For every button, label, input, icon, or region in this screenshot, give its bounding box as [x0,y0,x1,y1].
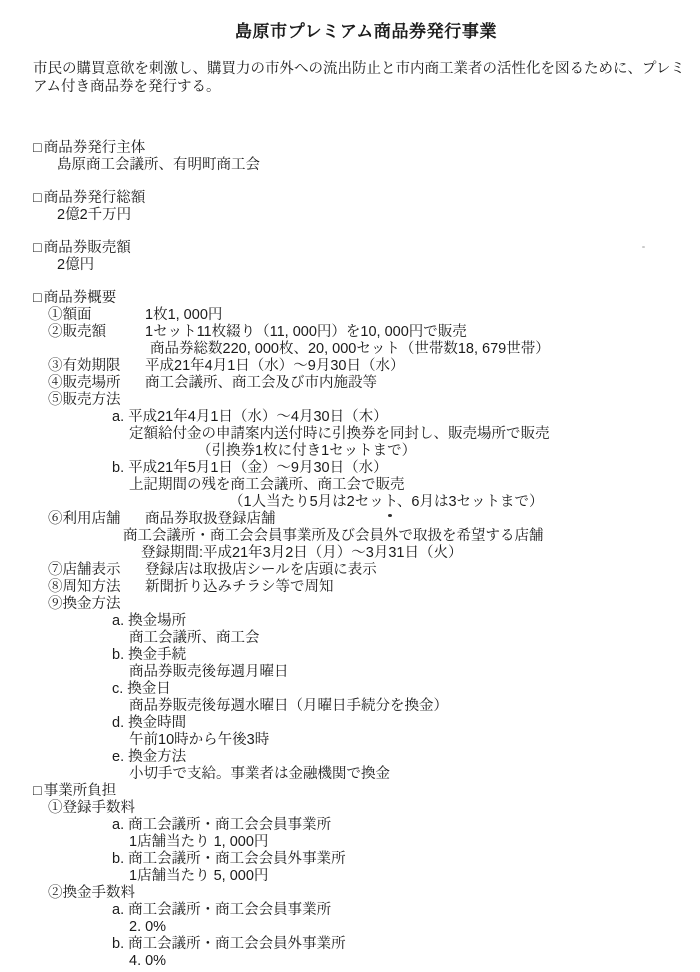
square-bullet-icon: □ [33,140,42,156]
section-5: □事業所負担①登録手数料a. 商工会議所・商工会会員事業所1店舗当たり 1, 0… [0,783,700,970]
doc-line: b. 商工会議所・商工会会員外事業所 [112,936,700,953]
doc-line: d. 換金時間 [112,715,700,732]
doc-item-row: ④販売場所商工会議所、商工会及び市内施設等 [48,375,700,392]
item-label: ②販売額 [48,324,145,341]
doc-line: 2億円 [57,257,700,274]
doc-line: 商工会議所・商工会会員事業所及び会員外で取扱を希望する店舗 [123,528,700,545]
doc-item-row: ②販売額1セット11枚綴り（11, 000円）を10, 000円で販売 [48,324,700,341]
doc-line: a. 商工会議所・商工会会員事業所 [112,817,700,834]
section-heading-text: 商品券発行総額 [44,190,146,206]
doc-line: 島原商工会議所、有明町商工会 [57,157,700,174]
doc-line: （引換券1枚に付き1セットまで） [197,443,700,460]
item-value: 登録店は取扱店シールを店頭に表示 [145,562,377,579]
doc-line: 午前10時から午後3時 [129,732,700,749]
item-value: 1枚1, 000円 [145,307,222,324]
doc-line: 2億2千万円 [57,207,700,224]
section-heading: □商品券販売額 [33,240,700,257]
doc-item-row: ①登録手数料 [48,800,700,817]
doc-item-row: ⑤販売方法 [48,392,700,409]
square-bullet-icon: □ [33,783,42,799]
section-4: □商品券概要①額面1枚1, 000円②販売額1セット11枚綴り（11, 000円… [0,290,700,783]
section-heading: □商品券概要 [33,290,700,307]
doc-line: b. 商工会議所・商工会会員外事業所 [112,851,700,868]
doc-item-row: ⑧周知方法新聞折り込みチラシ等で周知 [48,579,700,596]
doc-item-row: ③有効期限平成21年4月1日（水）～9月30日（水） [48,358,700,375]
scan-speck [388,514,392,517]
doc-item-row: ②換金手数料 [48,885,700,902]
section-heading: □事業所負担 [33,783,700,800]
item-label: ①登録手数料 [48,800,145,817]
doc-line: 1店舗当たり 1, 000円 [129,834,700,851]
square-bullet-icon: □ [33,240,42,256]
item-value: 平成21年4月1日（水）～9月30日（水） [145,358,404,375]
section-heading-text: 商品券販売額 [44,240,131,256]
doc-sections: □商品券発行主体島原商工会議所、有明町商工会□商品券発行総額2億2千万円□商品券… [0,140,700,970]
doc-item-row: ①額面1枚1, 000円 [48,307,700,324]
doc-line: a. 換金場所 [112,613,700,630]
doc-item-row: ⑦店舗表示登録店は取扱店シールを店頭に表示 [48,562,700,579]
doc-line: 登録期間:平成21年3月2日（月）～3月31日（火） [141,545,700,562]
doc-line: e. 換金方法 [112,749,700,766]
doc-line: 商品券総数220, 000枚、20, 000セット（世帯数18, 679世帯） [150,341,700,358]
section-2: □商品券発行総額2億2千万円 [0,190,700,224]
square-bullet-icon: □ [33,190,42,206]
item-label: ⑨換金方法 [48,596,145,613]
doc-item-row: ⑨換金方法 [48,596,700,613]
section-heading-text: 商品券概要 [44,290,117,306]
doc-line: 定額給付金の申請案内送付時に引換券を同封し、販売場所で販売 [129,426,700,443]
doc-line: 上記期間の残を商工会議所、商工会で販売 [129,477,700,494]
intro-paragraph: 市民の購買意欲を刺激し、購買力の市外への流出防止と市内商工業者の活性化を図るため… [33,61,685,96]
item-label: ⑥利用店舗 [48,511,145,528]
item-label: ③有効期限 [48,358,145,375]
section-heading: □商品券発行主体 [33,140,700,157]
section-3: □商品券販売額2億円 [0,240,700,274]
scan-speck [642,246,645,248]
doc-line: b. 換金手続 [112,647,700,664]
item-label: ②換金手数料 [48,885,145,902]
section-heading: □商品券発行総額 [33,190,700,207]
doc-line: c. 換金日 [112,681,700,698]
doc-line: 商品券販売後毎週月曜日 [129,664,700,681]
doc-line: a. 平成21年4月1日（水）～4月30日（木） [112,409,700,426]
doc-item-row: ⑥利用店舗商品券取扱登録店舗 [48,511,700,528]
item-label: ④販売場所 [48,375,145,392]
item-label: ⑦店舗表示 [48,562,145,579]
section-heading-text: 事業所負担 [44,783,117,799]
doc-line: a. 商工会議所・商工会会員事業所 [112,902,700,919]
page-title: 島原市プレミアム商品券発行事業 [0,0,700,40]
doc-line: 4. 0% [129,953,700,970]
doc-line: 2. 0% [129,919,700,936]
section-1: □商品券発行主体島原商工会議所、有明町商工会 [0,140,700,174]
doc-line: 1店舗当たり 5, 000円 [129,868,700,885]
item-value: 商品券取扱登録店舗 [145,511,276,528]
item-value: 新聞折り込みチラシ等で周知 [145,579,334,596]
doc-line: 商工会議所、商工会 [129,630,700,647]
item-label: ①額面 [48,307,145,324]
item-value: 1セット11枚綴り（11, 000円）を10, 000円で販売 [145,324,467,341]
section-heading-text: 商品券発行主体 [44,140,146,156]
doc-line: 商品券販売後毎週水曜日（月曜日手続分を換金） [129,698,700,715]
doc-line: b. 平成21年5月1日（金）～9月30日（水） [112,460,700,477]
document-page: 島原市プレミアム商品券発行事業 市民の購買意欲を刺激し、購買力の市外への流出防止… [0,0,700,970]
doc-line: （1人当たり5月は2セット、6月は3セットまで） [229,494,700,511]
item-label: ⑤販売方法 [48,392,145,409]
doc-line: 小切手で支給。事業者は金融機関で換金 [129,766,700,783]
item-value: 商工会議所、商工会及び市内施設等 [145,375,377,392]
square-bullet-icon: □ [33,290,42,306]
item-label: ⑧周知方法 [48,579,145,596]
